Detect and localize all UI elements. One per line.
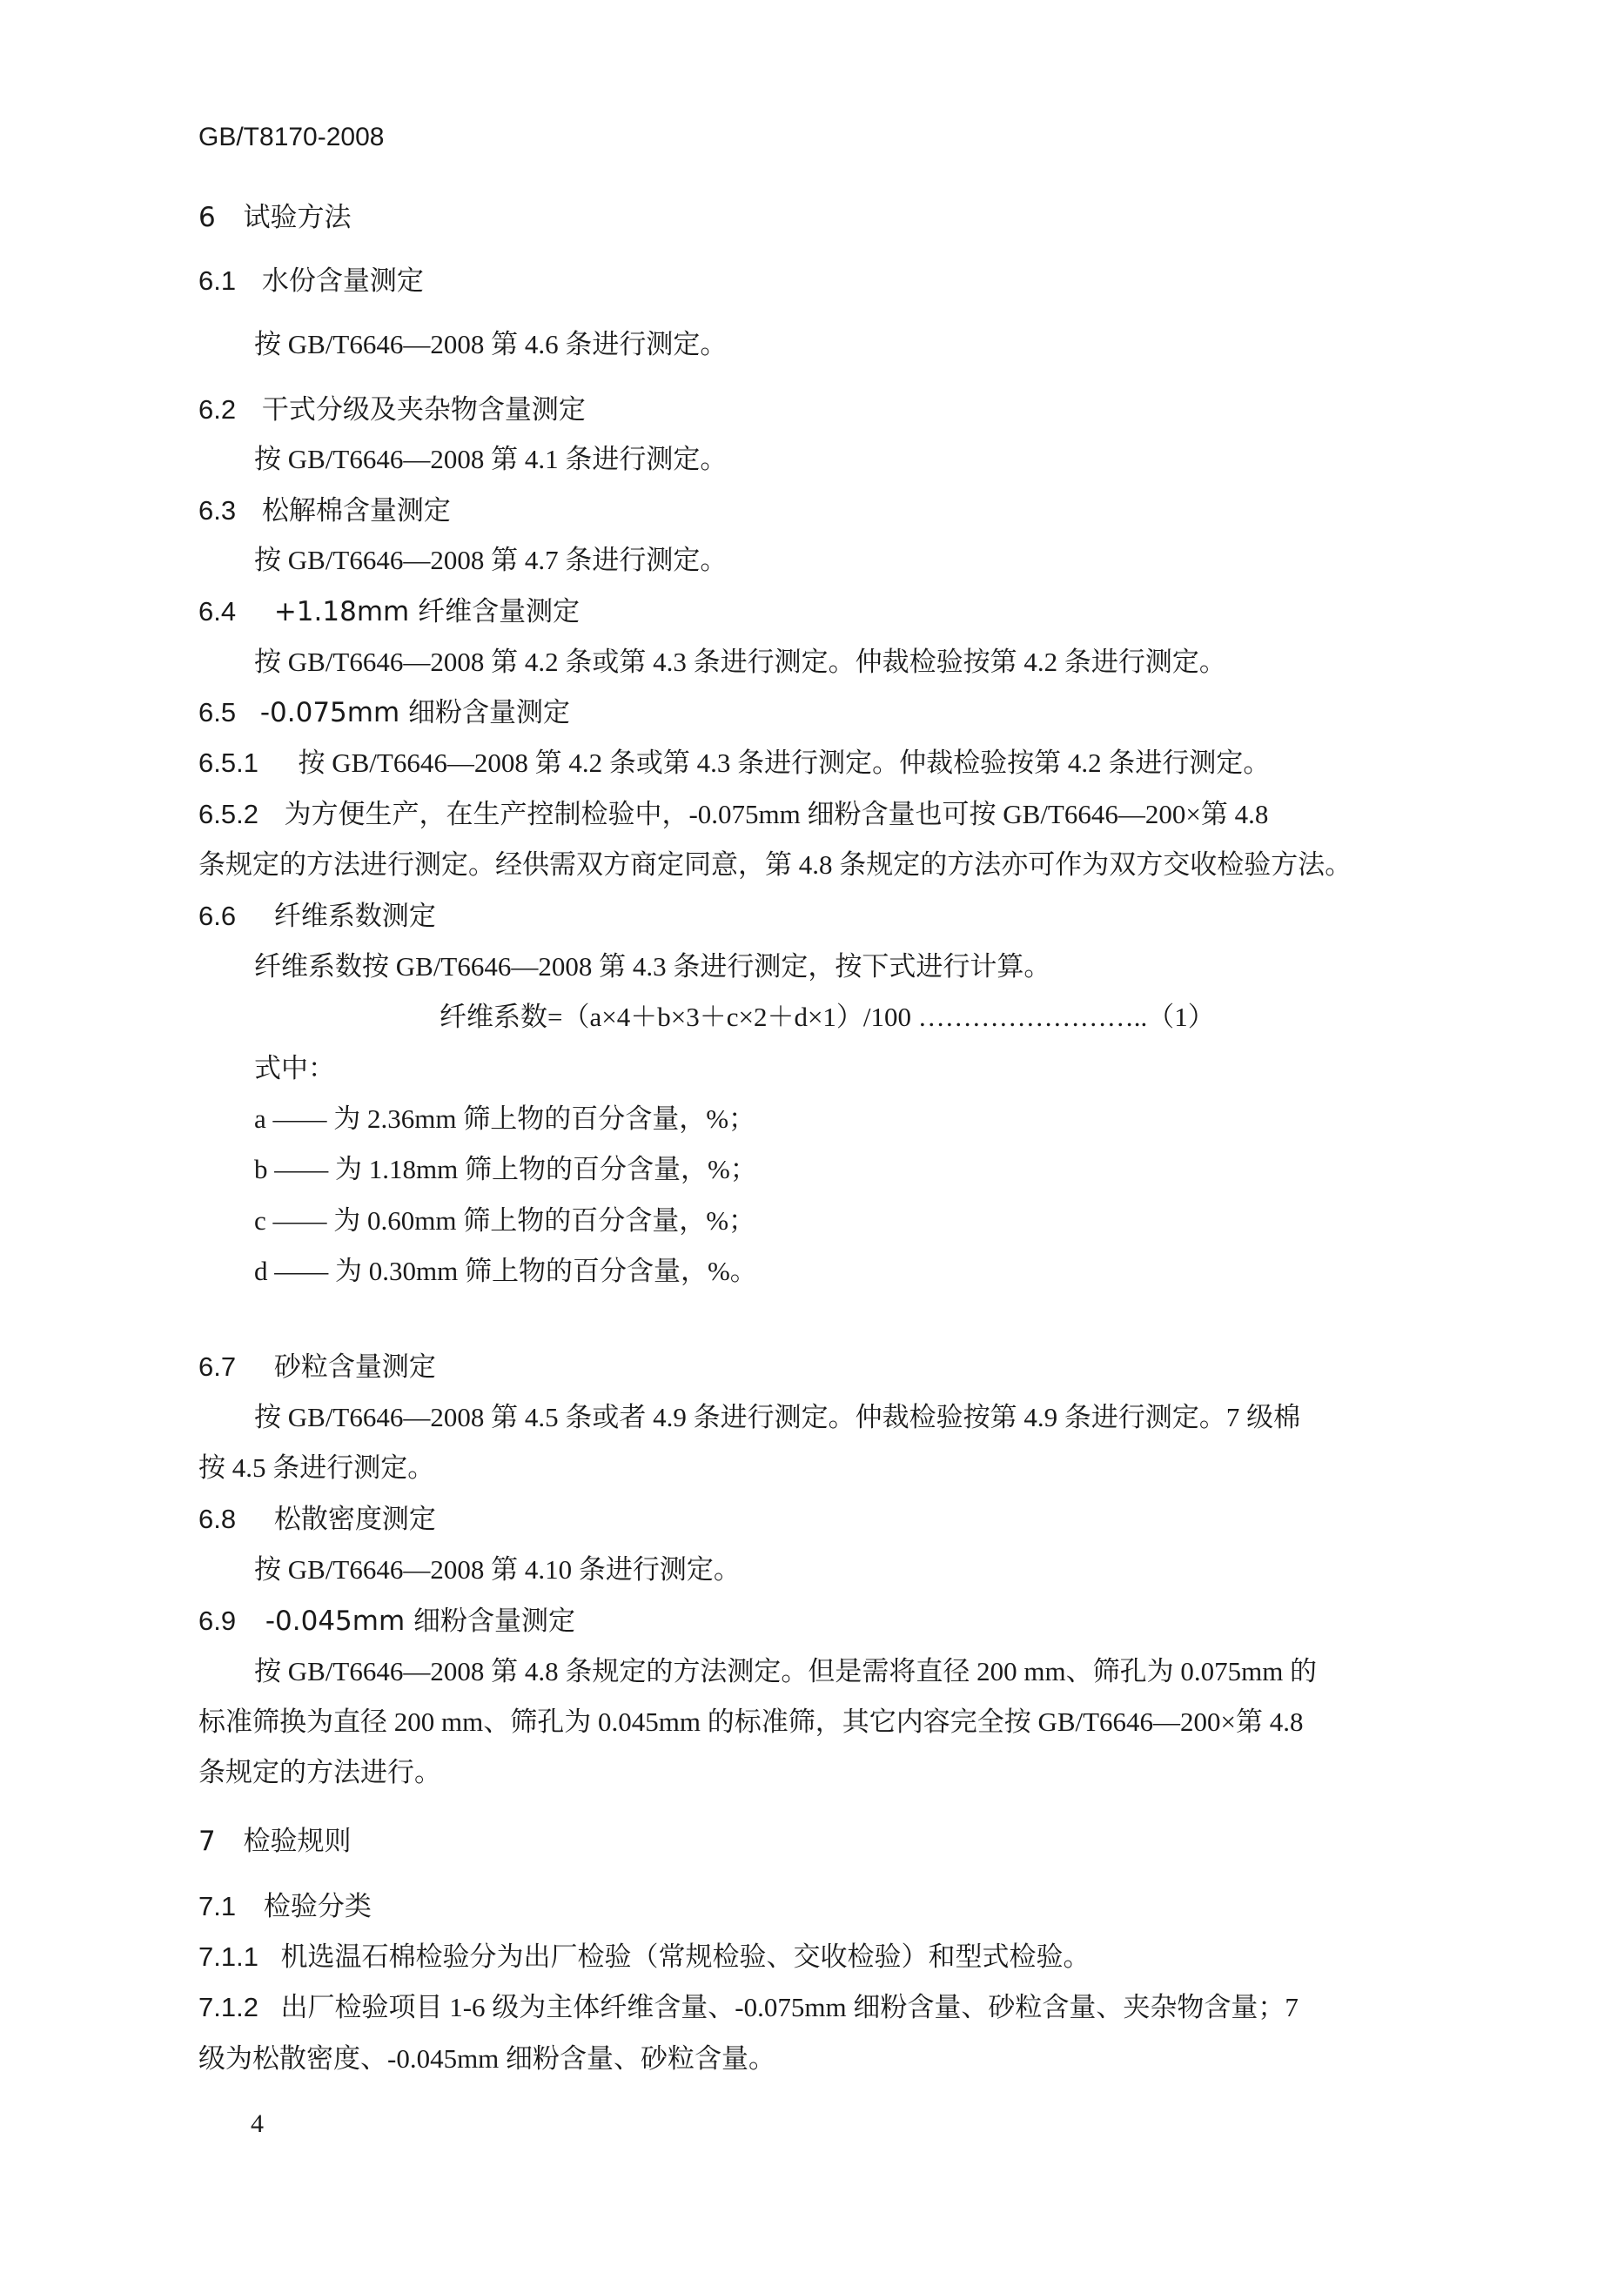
variable-c-definition: c —— 为 0.60mm 筛上物的百分含量，%； [254, 1203, 755, 1238]
section-number: 6.5 [198, 697, 236, 727]
section-6-7-heading: 6.7 砂粒含量测定 [198, 1350, 436, 1385]
clause-body: 机选温石棉检验分为出厂检验（常规检验、交收检验）和型式检验。 [280, 1941, 1090, 1972]
section-6-heading: 6 试验方法 [198, 200, 351, 235]
variable-d-definition: d —— 为 0.30mm 筛上物的百分含量，%。 [254, 1254, 757, 1289]
fiber-coefficient-formula: 纤维系数=（a×4＋b×3＋c×2＋d×1）/100 ……………………..（1） [440, 1000, 1215, 1035]
section-number: 7.1 [198, 1891, 236, 1921]
section-6-7-body-continued: 按 4.5 条进行测定。 [198, 1451, 434, 1485]
section-7-heading: 7 检验规则 [198, 1824, 351, 1859]
section-number: 6.9 [198, 1606, 236, 1636]
section-6-3-body: 按 GB/T6646—2008 第 4.7 条进行测定。 [254, 543, 727, 578]
section-6-5-1: 6.5.1 按 GB/T6646—2008 第 4.2 条或第 4.3 条进行测… [198, 746, 1270, 781]
section-6-8-heading: 6.8 松散密度测定 [198, 1502, 436, 1537]
section-6-5-2-continued: 条规定的方法进行测定。经供需双方商定同意，第 4.8 条规定的方法亦可作为双方交… [198, 848, 1352, 882]
clause-body: 出厂检验项目 1-6 级为主体纤维含量、-0.075mm 细粉含量、砂粒含量、夹… [280, 1992, 1298, 2022]
section-6-2-heading: 6.2 干式分级及夹杂物含量测定 [198, 392, 586, 427]
section-number: 6.3 [198, 495, 236, 526]
section-6-6-heading: 6.6 纤维系数测定 [198, 899, 436, 934]
page-number: 4 [251, 2109, 264, 2139]
section-6-3-heading: 6.3 松解棉含量测定 [198, 493, 451, 528]
section-title: 砂粒含量测定 [274, 1351, 436, 1383]
section-6-5-2: 6.5.2 为方便生产，在生产控制检验中，-0.075mm 细粉含量也可按 GB… [198, 797, 1268, 832]
section-6-1-heading: 6.1 水份含量测定 [198, 264, 424, 298]
section-7-1-2-continued: 级为松散密度、-0.045mm 细粉含量、砂粒含量。 [198, 2042, 775, 2076]
section-title: -0.075mm 细粉含量测定 [260, 697, 570, 728]
clause-body: 按 GB/T6646—2008 第 4.2 条或第 4.3 条进行测定。仲裁检验… [298, 748, 1270, 778]
section-6-8-body: 按 GB/T6646—2008 第 4.10 条进行测定。 [254, 1552, 741, 1587]
section-number: 6.6 [198, 901, 236, 931]
section-title: 水份含量测定 [262, 265, 424, 297]
variable-b-definition: b —— 为 1.18mm 筛上物的百分含量，%； [254, 1152, 757, 1187]
section-title: -0.045mm 细粉含量测定 [265, 1606, 575, 1637]
section-7-1-2: 7.1.2 出厂检验项目 1-6 级为主体纤维含量、-0.075mm 细粉含量、… [198, 1990, 1299, 2025]
section-number: 6.7 [198, 1351, 236, 1382]
section-6-9-body: 按 GB/T6646—2008 第 4.8 条规定的方法测定。但是需将直径 20… [254, 1654, 1317, 1689]
section-6-4-body: 按 GB/T6646—2008 第 4.2 条或第 4.3 条进行测定。仲裁检验… [254, 645, 1226, 680]
section-6-9-body-continued-2: 条规定的方法进行。 [198, 1755, 441, 1790]
section-title: 检验规则 [243, 1826, 351, 1857]
section-6-5-heading: 6.5 -0.075mm 细粉含量测定 [198, 695, 570, 730]
clause-number: 6.5.2 [198, 799, 258, 829]
section-7-1-1: 7.1.1 机选温石棉检验分为出厂检验（常规检验、交收检验）和型式检验。 [198, 1940, 1090, 1975]
clause-body: 为方便生产，在生产控制检验中，-0.075mm 细粉含量也可按 GB/T6646… [284, 799, 1268, 829]
variable-a-definition: a —— 为 2.36mm 筛上物的百分含量，%； [254, 1102, 755, 1136]
clause-number: 7.1.2 [198, 1992, 258, 2022]
section-6-1-body: 按 GB/T6646—2008 第 4.6 条进行测定。 [254, 327, 727, 362]
section-title: 纤维系数测定 [274, 901, 436, 932]
section-6-9-body-continued-1: 标准筛换为直径 200 mm、筛孔为 0.045mm 的标准筛，其它内容完全按 … [198, 1705, 1304, 1740]
section-title: 松散密度测定 [274, 1504, 436, 1535]
standard-code-header: GB/T8170-2008 [198, 120, 384, 155]
section-number: 7 [198, 1826, 216, 1857]
formula-where-label: 式中： [254, 1051, 335, 1086]
clause-number: 6.5.1 [198, 748, 258, 778]
section-title: 检验分类 [264, 1891, 372, 1922]
section-number: 6.4 [198, 596, 236, 627]
section-6-4-heading: 6.4 +1.18mm 纤维含量测定 [198, 594, 580, 629]
section-6-7-body: 按 GB/T6646—2008 第 4.5 条或者 4.9 条进行测定。仲裁检验… [254, 1400, 1300, 1435]
section-7-1-heading: 7.1 检验分类 [198, 1889, 372, 1924]
section-6-6-body: 纤维系数按 GB/T6646—2008 第 4.3 条进行测定，按下式进行计算。 [254, 949, 1050, 984]
section-title: 干式分级及夹杂物含量测定 [262, 394, 586, 426]
section-number: 6.1 [198, 265, 236, 296]
section-6-2-body: 按 GB/T6646—2008 第 4.1 条进行测定。 [254, 442, 727, 477]
section-number: 6.2 [198, 394, 236, 425]
section-title: 松解棉含量测定 [262, 495, 451, 526]
section-title: +1.18mm 纤维含量测定 [274, 596, 580, 627]
section-number: 6 [198, 202, 216, 233]
clause-number: 7.1.1 [198, 1941, 258, 1972]
section-title: 试验方法 [243, 202, 351, 233]
section-6-9-heading: 6.9 -0.045mm 细粉含量测定 [198, 1604, 575, 1639]
section-number: 6.8 [198, 1504, 236, 1534]
